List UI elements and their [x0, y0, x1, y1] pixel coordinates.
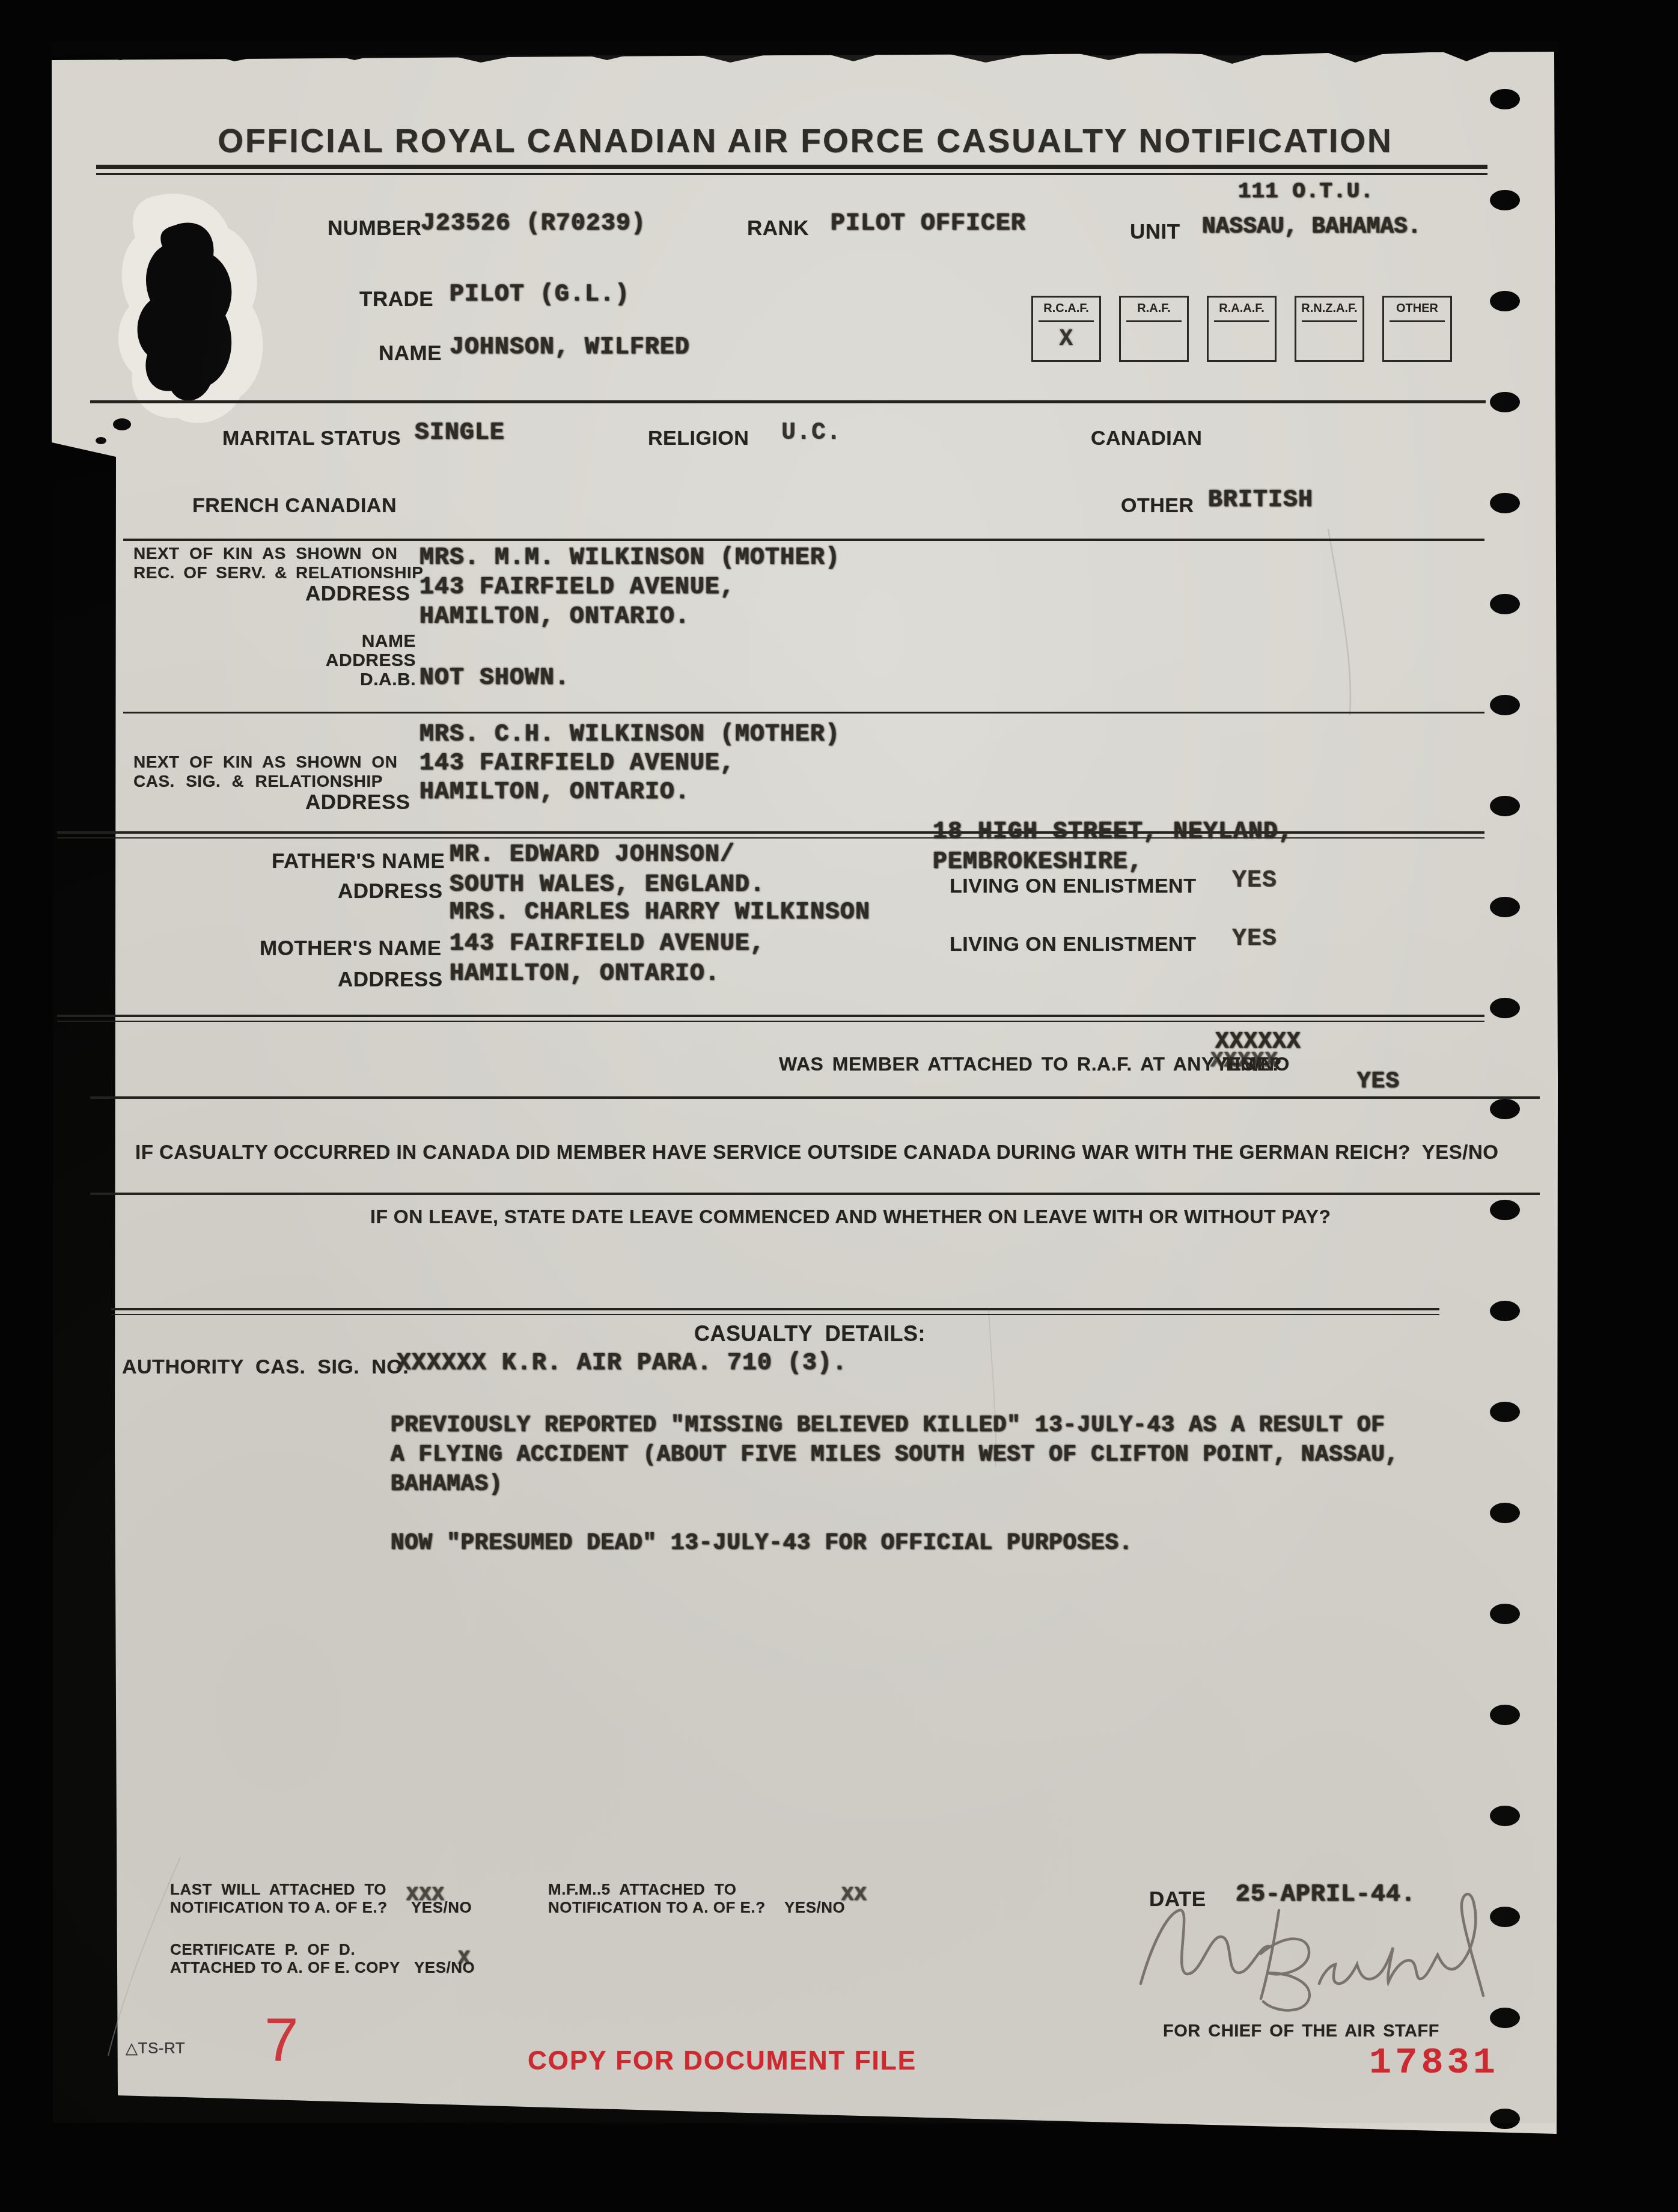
mother-name-value: 143 FAIRFIELD AVENUE, — [450, 930, 765, 958]
rank-label: RANK — [747, 216, 809, 240]
box-divider — [1302, 320, 1357, 322]
casualty-details-heading: CASUALTY DETAILS: — [694, 1321, 926, 1346]
service-branch-box-raf: R.A.F. — [1119, 296, 1189, 362]
section-rule — [90, 1193, 1540, 1195]
copy-number-stamp: 7 — [264, 2005, 299, 2076]
nok-record-label-line1: NEXT OF KIN AS SHOWN ON — [133, 544, 397, 563]
section-rule — [111, 1308, 1439, 1310]
nok-cas-value: MRS. C.H. WILKINSON (MOTHER) — [419, 721, 840, 748]
service-branch-header: R.A.A.F. — [1209, 298, 1275, 316]
unit-value: NASSAU, BAHAMAS. — [1202, 214, 1421, 240]
authority-value: XXXXXX K.R. AIR PARA. 710 (3). — [397, 1350, 847, 1377]
father-address-right2: PEMBROKESHIRE, — [933, 849, 1143, 876]
box-divider — [1039, 320, 1094, 322]
authority-label: AUTHORITY CAS. SIG. NO. — [122, 1355, 409, 1379]
mfm-label-line1: M.F.M..5 ATTACHED TO — [548, 1880, 736, 1899]
section-rule — [57, 1015, 1484, 1017]
service-branch-header: R.C.A.F. — [1033, 298, 1099, 316]
ts-rt-mark: △TS-RT — [126, 2039, 185, 2058]
father-address-value: SOUTH WALES, ENGLAND. — [450, 872, 765, 899]
father-name-value: MR. EDWARD JOHNSON/ — [450, 842, 735, 869]
nok-record-address-line1: 143 FAIRFIELD AVENUE, — [419, 574, 735, 601]
service-branch-box-raaf: R.A.A.F. — [1207, 296, 1277, 362]
service-branch-header: OTHER — [1384, 298, 1450, 316]
mfm-mark: XX — [841, 1884, 867, 1907]
nok-record-address2-label: ADDRESS — [263, 650, 416, 671]
casualty-report-line3: BAHAMAS) — [391, 1471, 502, 1497]
nok-record-dab-value: NOT SHOWN. — [419, 665, 570, 692]
nok-record-label-line2: REC. OF SERV. & RELATIONSHIP — [133, 563, 423, 582]
nok-record-address-label: ADDRESS — [305, 582, 410, 606]
service-branch-header: R.A.F. — [1121, 298, 1187, 316]
rank-value: PILOT OFFICER — [831, 210, 1026, 237]
canada-service-question: IF CASUALTY OCCURRED IN CANADA DID MEMBE… — [135, 1141, 1498, 1164]
canadian-label: CANADIAN — [1091, 427, 1202, 450]
will-label-line2: NOTIFICATION TO A. OF E.? — [170, 1898, 388, 1917]
will-strike-mark: XXX — [406, 1884, 445, 1907]
marital-status-label: MARITAL STATUS — [222, 427, 401, 450]
section-rule — [90, 400, 1486, 403]
nok-cas-label-line2: CAS. SIG. & RELATIONSHIP — [133, 772, 383, 791]
father-name-label: FATHER'S NAME — [272, 849, 445, 873]
service-branch-box-rnzaf: R.N.Z.A.F. — [1295, 296, 1364, 362]
date-label: DATE — [1149, 1887, 1206, 1911]
scanned-casualty-form: OFFICIAL ROYAL CANADIAN AIR FORCE CASUAL… — [0, 0, 1678, 2212]
other-nationality-value: BRITISH — [1208, 487, 1313, 514]
religion-value: U.C. — [781, 420, 841, 447]
date-value: 25-APRIL-44. — [1236, 1881, 1416, 1908]
nok-record-value: MRS. M.M. WILKINSON (MOTHER) — [419, 545, 840, 572]
other-nationality-label: OTHER — [1121, 494, 1194, 518]
copy-for-document-file-stamp: COPY FOR DOCUMENT FILE — [528, 2046, 917, 2076]
cert-label-line2: ATTACHED TO A. OF E. COPY — [170, 1958, 400, 1977]
will-label-line1: LAST WILL ATTACHED TO — [170, 1880, 386, 1899]
father-address-right1: 18 HIGH STREET, NEYLAND, — [933, 819, 1293, 846]
section-rule — [123, 539, 1484, 541]
unit-label: UNIT — [1130, 220, 1180, 244]
service-branch-header: R.N.Z.A.F. — [1296, 298, 1362, 316]
section-rule — [123, 712, 1484, 713]
unit-line-value: 111 O.T.U. — [1238, 179, 1374, 204]
serial-number-stamp: 17831 — [1369, 2041, 1499, 2084]
casualty-presumed-line: NOW "PRESUMED DEAD" 13-JULY-43 FOR OFFIC… — [391, 1530, 1133, 1556]
cert-mark: X — [458, 1948, 471, 1970]
mother-address-label: ADDRESS — [338, 968, 443, 992]
nok-cas-address-label: ADDRESS — [305, 790, 410, 814]
box-divider — [1214, 320, 1269, 322]
section-rule — [90, 1096, 1540, 1099]
rcaf-check-mark: X — [1033, 326, 1099, 352]
father-address-label: ADDRESS — [338, 879, 443, 903]
casualty-report-line1: PREVIOUSLY REPORTED "MISSING BELIEVED KI… — [391, 1413, 1385, 1438]
mother-prefix-value: MRS. CHARLES HARRY WILKINSON — [450, 899, 870, 926]
nok-record-dab-label: D.A.B. — [263, 670, 416, 690]
cert-label-line1: CERTIFICATE P. OF D. — [170, 1940, 355, 1959]
raf-strike-overlay: XXXXX — [1210, 1048, 1278, 1073]
mfm-yes-no: YES/NO — [784, 1898, 845, 1917]
raf-attached-question: WAS MEMBER ATTACHED TO R.A.F. AT ANY TIM… — [779, 1053, 1282, 1075]
father-living-value: YES — [1232, 867, 1277, 894]
father-living-label: LIVING ON ENLISTMENT — [950, 875, 1196, 898]
nok-cas-address-line1: 143 FAIRFIELD AVENUE, — [419, 750, 735, 777]
box-divider — [1126, 320, 1182, 322]
service-branch-box-rcaf: R.C.A.F. X — [1031, 296, 1101, 362]
casualty-report-line2: A FLYING ACCIDENT (ABOUT FIVE MILES SOUT… — [391, 1442, 1399, 1468]
nok-record-address-line2: HAMILTON, ONTARIO. — [419, 603, 690, 631]
mother-name-label: MOTHER'S NAME — [260, 936, 442, 961]
section-rule — [57, 1021, 1484, 1022]
title-rule-thin — [96, 173, 1487, 175]
number-value: J23526 (R70239) — [421, 210, 646, 237]
trade-value: PILOT (G.L.) — [450, 281, 630, 308]
nok-cas-label-line1: NEXT OF KIN AS SHOWN ON — [133, 753, 397, 772]
title-rule-thick — [96, 165, 1487, 169]
religion-label: RELIGION — [648, 427, 749, 450]
marital-status-value: SINGLE — [415, 420, 505, 447]
name-value: JOHNSON, WILFRED — [450, 334, 690, 361]
nok-cas-address-line2: HAMILTON, ONTARIO. — [419, 779, 690, 806]
mfm-label-line2: NOTIFICATION TO A. OF E.? — [548, 1898, 766, 1917]
mother-living-value: YES — [1232, 926, 1277, 953]
service-branch-box-other: OTHER — [1382, 296, 1452, 362]
box-divider — [1390, 320, 1445, 322]
mother-living-label: LIVING ON ENLISTMENT — [950, 933, 1196, 956]
raf-answer-value: YES — [1357, 1069, 1400, 1095]
mother-address-value: HAMILTON, ONTARIO. — [450, 961, 720, 988]
service-branch-table: R.C.A.F. X R.A.F. R.A.A.F. R.N.Z.A.F. OT… — [1031, 296, 1452, 362]
form-title: OFFICIAL ROYAL CANADIAN AIR FORCE CASUAL… — [168, 121, 1442, 160]
for-chief-label: FOR CHIEF OF THE AIR STAFF — [1163, 2021, 1439, 2041]
section-rule — [111, 1314, 1439, 1315]
french-canadian-label: FRENCH CANADIAN — [192, 494, 397, 518]
nok-record-name-label: NAME — [263, 631, 416, 652]
name-label: NAME — [379, 341, 442, 365]
number-label: NUMBER — [328, 216, 422, 240]
leave-question: IF ON LEAVE, STATE DATE LEAVE COMMENCED … — [370, 1206, 1331, 1228]
trade-label: TRADE — [359, 287, 433, 311]
